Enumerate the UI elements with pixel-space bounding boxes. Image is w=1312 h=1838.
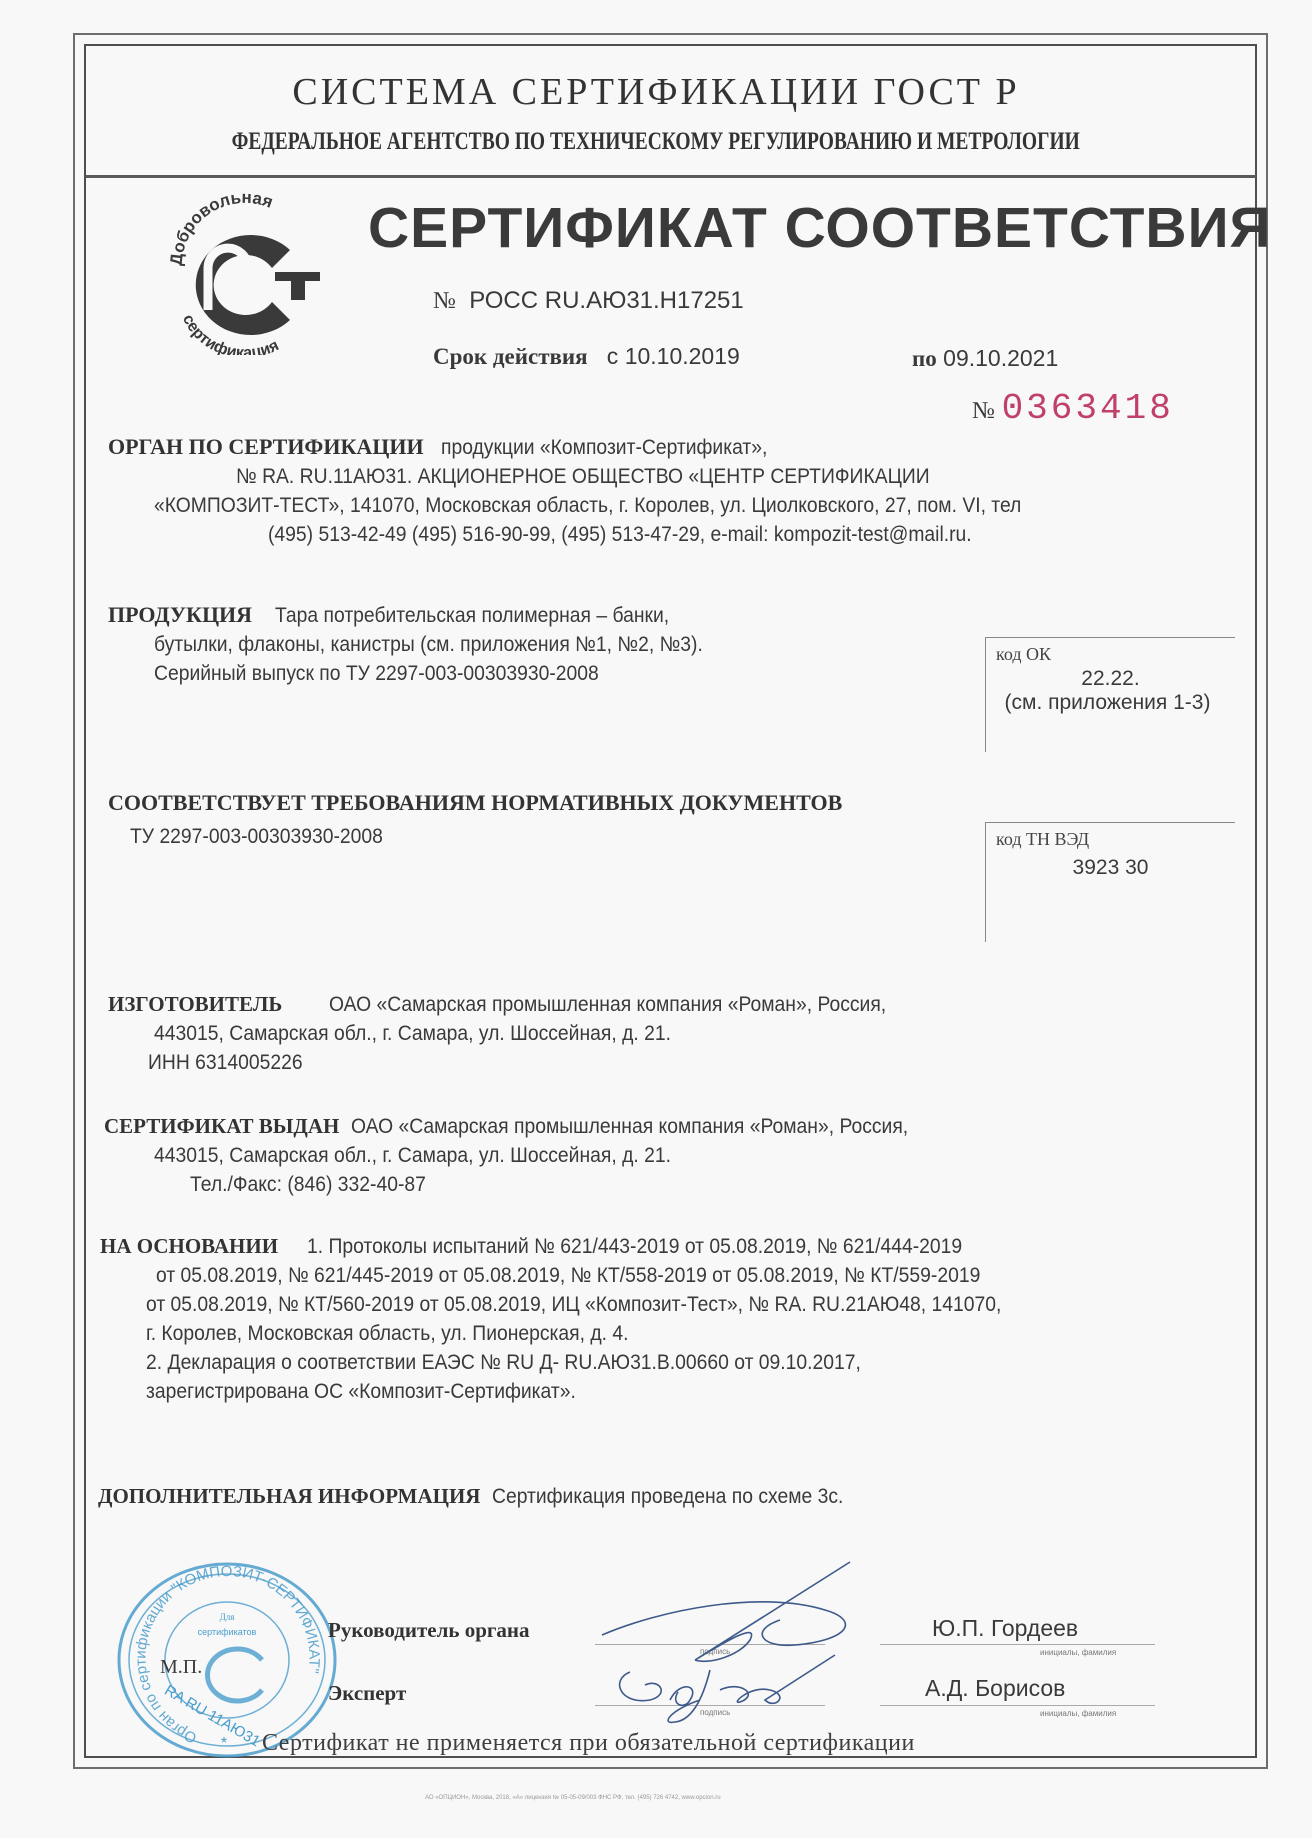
rst-logo-icon: Добровольная сертификация: [160, 190, 330, 355]
head-name: Ю.П. Гордеев: [932, 1615, 1078, 1642]
manufacturer-section: ИЗГОТОВИТЕЛЬ ОАО «Самарская промышленная…: [108, 990, 1208, 1077]
head-name-line: [880, 1644, 1155, 1645]
signature-scribbles-icon: [600, 1560, 860, 1730]
validity-from: Срок действия с 10.10.2019: [433, 343, 740, 370]
expert-name-caption: инициалы, фамилия: [1040, 1709, 1116, 1718]
footer-note: Сертификат не применяется при обязательн…: [262, 1730, 915, 1757]
expert-label: Эксперт: [328, 1681, 406, 1706]
system-title: СИСТЕМА СЕРТИФИКАЦИИ ГОСТ Р: [0, 70, 1312, 114]
print-info: АО «ОПЦИОН», Москва, 2018, «А» лицензия …: [425, 1795, 721, 1801]
header-divider: [86, 175, 1256, 178]
svg-text:М.П.: М.П.: [160, 1656, 202, 1678]
head-name-caption: инициалы, фамилия: [1040, 1648, 1116, 1657]
svg-text:Для: Для: [220, 1612, 235, 1622]
basis-section: НА ОСНОВАНИИ 1. Протоколы испытаний № 62…: [100, 1232, 1250, 1406]
tnved-code-box: код ТН ВЭД 3923 30: [985, 822, 1235, 942]
head-label: Руководитель органа: [328, 1618, 530, 1643]
svg-text:*: *: [221, 1735, 227, 1752]
issued-to-section: СЕРТИФИКАТ ВЫДАН ОАО «Самарская промышле…: [104, 1112, 1204, 1199]
additional-info-section: ДОПОЛНИТЕЛЬНАЯ ИНФОРМАЦИЯ Сертификация п…: [98, 1482, 874, 1511]
agency-text: ФЕДЕРАЛЬНОЕ АГЕНТСТВО ПО ТЕХНИЧЕСКОМУ РЕ…: [232, 128, 1080, 156]
compliance-section: СООТВЕТСТВУЕТ ТРЕБОВАНИЯМ НОРМАТИВНЫХ ДО…: [108, 790, 842, 851]
certificate-title: СЕРТИФИКАТ СООТВЕТСТВИЯ: [368, 195, 1272, 261]
expert-name-line: [880, 1705, 1155, 1706]
certificate-number: № РОСС RU.АЮ31.Н17251: [433, 287, 744, 315]
expert-name: А.Д. Борисов: [925, 1675, 1065, 1702]
blank-number: № 0363418: [972, 388, 1174, 429]
certification-body-section: ОРГАН ПО СЕРТИФИКАЦИИ продукции «Компози…: [108, 432, 1258, 549]
validity-to: по 09.10.2021: [912, 345, 1058, 372]
svg-text:сертификатов: сертификатов: [198, 1627, 257, 1637]
agency-name: ФЕДЕРАЛЬНОЕ АГЕНТСТВО ПО ТЕХНИЧЕСКОМУ РЕ…: [0, 128, 1312, 156]
product-section: ПРОДУКЦИЯ Тара потребительская полимерна…: [108, 600, 958, 688]
ok-code-box: код ОК 22.22. (см. приложения 1-3): [985, 637, 1235, 752]
